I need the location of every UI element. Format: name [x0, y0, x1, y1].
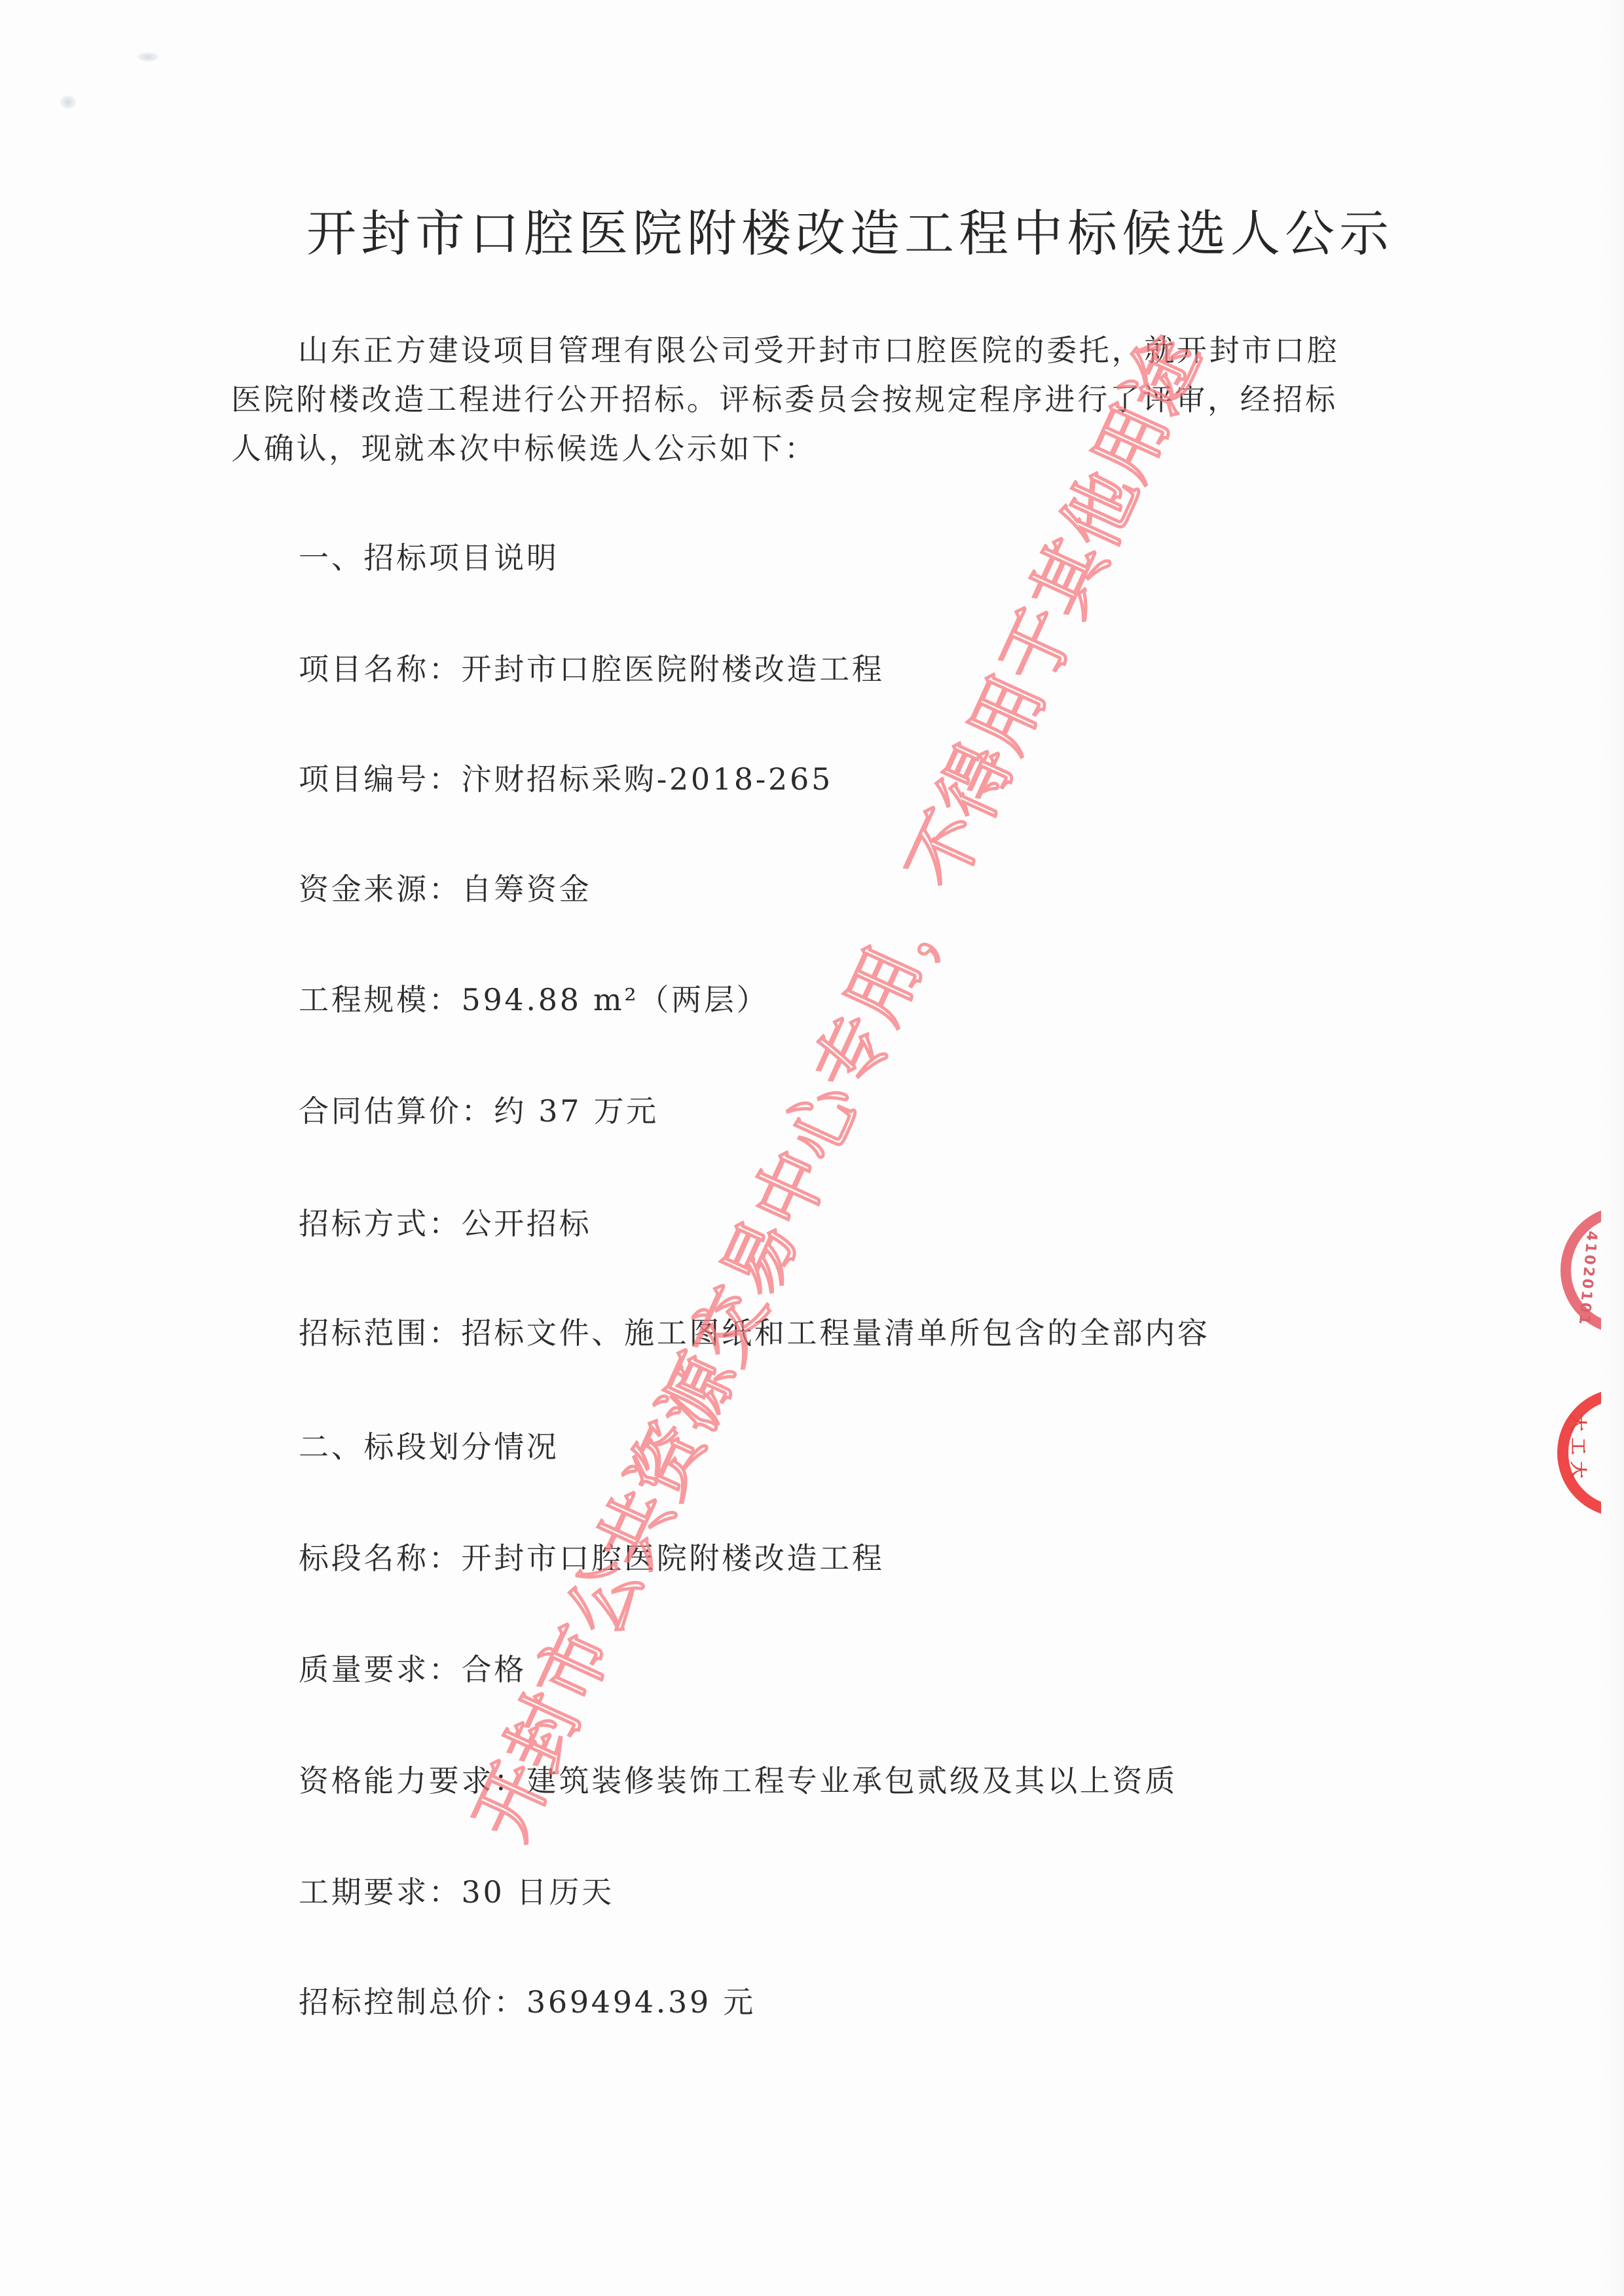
item-control-price: 招标控制总价：369494.39 元: [299, 1982, 756, 2022]
item-lot-name: 标段名称：开封市口腔医院附楼改造工程: [299, 1539, 885, 1578]
item-value: 合格: [462, 1652, 526, 1687]
item-value: 自筹资金: [462, 871, 592, 907]
item-label: 质量要求：: [299, 1652, 462, 1687]
item-quality-requirement: 质量要求：合格: [299, 1650, 526, 1689]
item-label: 标段名称：: [299, 1540, 462, 1576]
item-tender-method: 招标方式：公开招标: [299, 1204, 591, 1243]
intro-line-1: 山东正方建设项目管理有限公司受开封市口腔医院的委托，就开封市口腔: [298, 331, 1339, 370]
item-label: 工期要求：: [299, 1874, 462, 1910]
seal-lower-clip: 大工大: [1545, 1385, 1601, 1522]
item-value: 开封市口腔医院附楼改造工程: [462, 651, 885, 687]
scan-artifact-left: [60, 96, 76, 109]
intro-line-2: 医院附楼改造工程进行公开招标。评标委员会按规定程序进行了评审，经招标: [231, 380, 1338, 419]
item-label: 合同估算价：: [299, 1093, 494, 1129]
item-value: 369494.39 元: [526, 1984, 756, 2020]
scan-artifact-top: [138, 52, 158, 62]
seal-upper-clip: 41020101: [1545, 1205, 1601, 1342]
item-label: 招标方式：: [299, 1206, 462, 1241]
document-title: 开封市口腔医院附楼改造工程中标候选人公示: [306, 204, 1289, 263]
item-label: 项目编号：: [299, 761, 462, 797]
item-fund-source: 资金来源：自筹资金: [299, 869, 591, 909]
item-label: 资金来源：: [299, 871, 462, 907]
item-value: 30 日历天: [462, 1874, 614, 1910]
section-2-heading: 二、标段划分情况: [299, 1427, 559, 1467]
item-label: 资格能力要求：: [299, 1763, 526, 1798]
watermark-text: 开封市公共资源交易中心专用，不得用于其他用途: [459, 322, 1217, 1851]
section-1-heading: 一、招标项目说明: [299, 538, 559, 577]
item-value: 开封市口腔医院附楼改造工程: [462, 1540, 885, 1576]
item-tender-scope: 招标范围：招标文件、施工图纸和工程量清单所包含的全部内容: [299, 1313, 1210, 1353]
item-value: 汴财招标采购-2018-265: [462, 761, 833, 797]
item-value: 招标文件、施工图纸和工程量清单所包含的全部内容: [462, 1315, 1210, 1351]
item-contract-estimate: 合同估算价：约 37 万元: [299, 1091, 659, 1131]
item-project-name: 项目名称：开封市口腔医院附楼改造工程: [299, 649, 885, 689]
item-label: 工程规模：: [299, 982, 462, 1017]
item-value: 约 37 万元: [494, 1093, 659, 1129]
item-label: 招标范围：: [299, 1315, 462, 1351]
item-value: 594.88 m²（两层）: [462, 982, 769, 1017]
item-label: 招标控制总价：: [299, 1984, 526, 2020]
seal-lower-text: 大工大: [1567, 1414, 1591, 1485]
intro-line-3: 人确认，现就本次中标候选人公示如下：: [231, 429, 817, 468]
scanned-document-page: 开封市口腔医院附楼改造工程中标候选人公示 山东正方建设项目管理有限公司受开封市口…: [0, 0, 1624, 2296]
item-label: 项目名称：: [299, 651, 462, 687]
item-project-number: 项目编号：汴财招标采购-2018-265: [299, 759, 833, 799]
item-qualification-requirement: 资格能力要求：建筑装修装饰工程专业承包贰级及其以上资质: [299, 1761, 1177, 1800]
item-project-scale: 工程规模：594.88 m²（两层）: [299, 980, 769, 1019]
item-value: 公开招标: [462, 1206, 592, 1241]
scan-edge: [1601, 0, 1624, 2296]
item-duration-requirement: 工期要求：30 日历天: [299, 1872, 614, 1912]
item-value: 建筑装修装饰工程专业承包贰级及其以上资质: [526, 1763, 1177, 1798]
